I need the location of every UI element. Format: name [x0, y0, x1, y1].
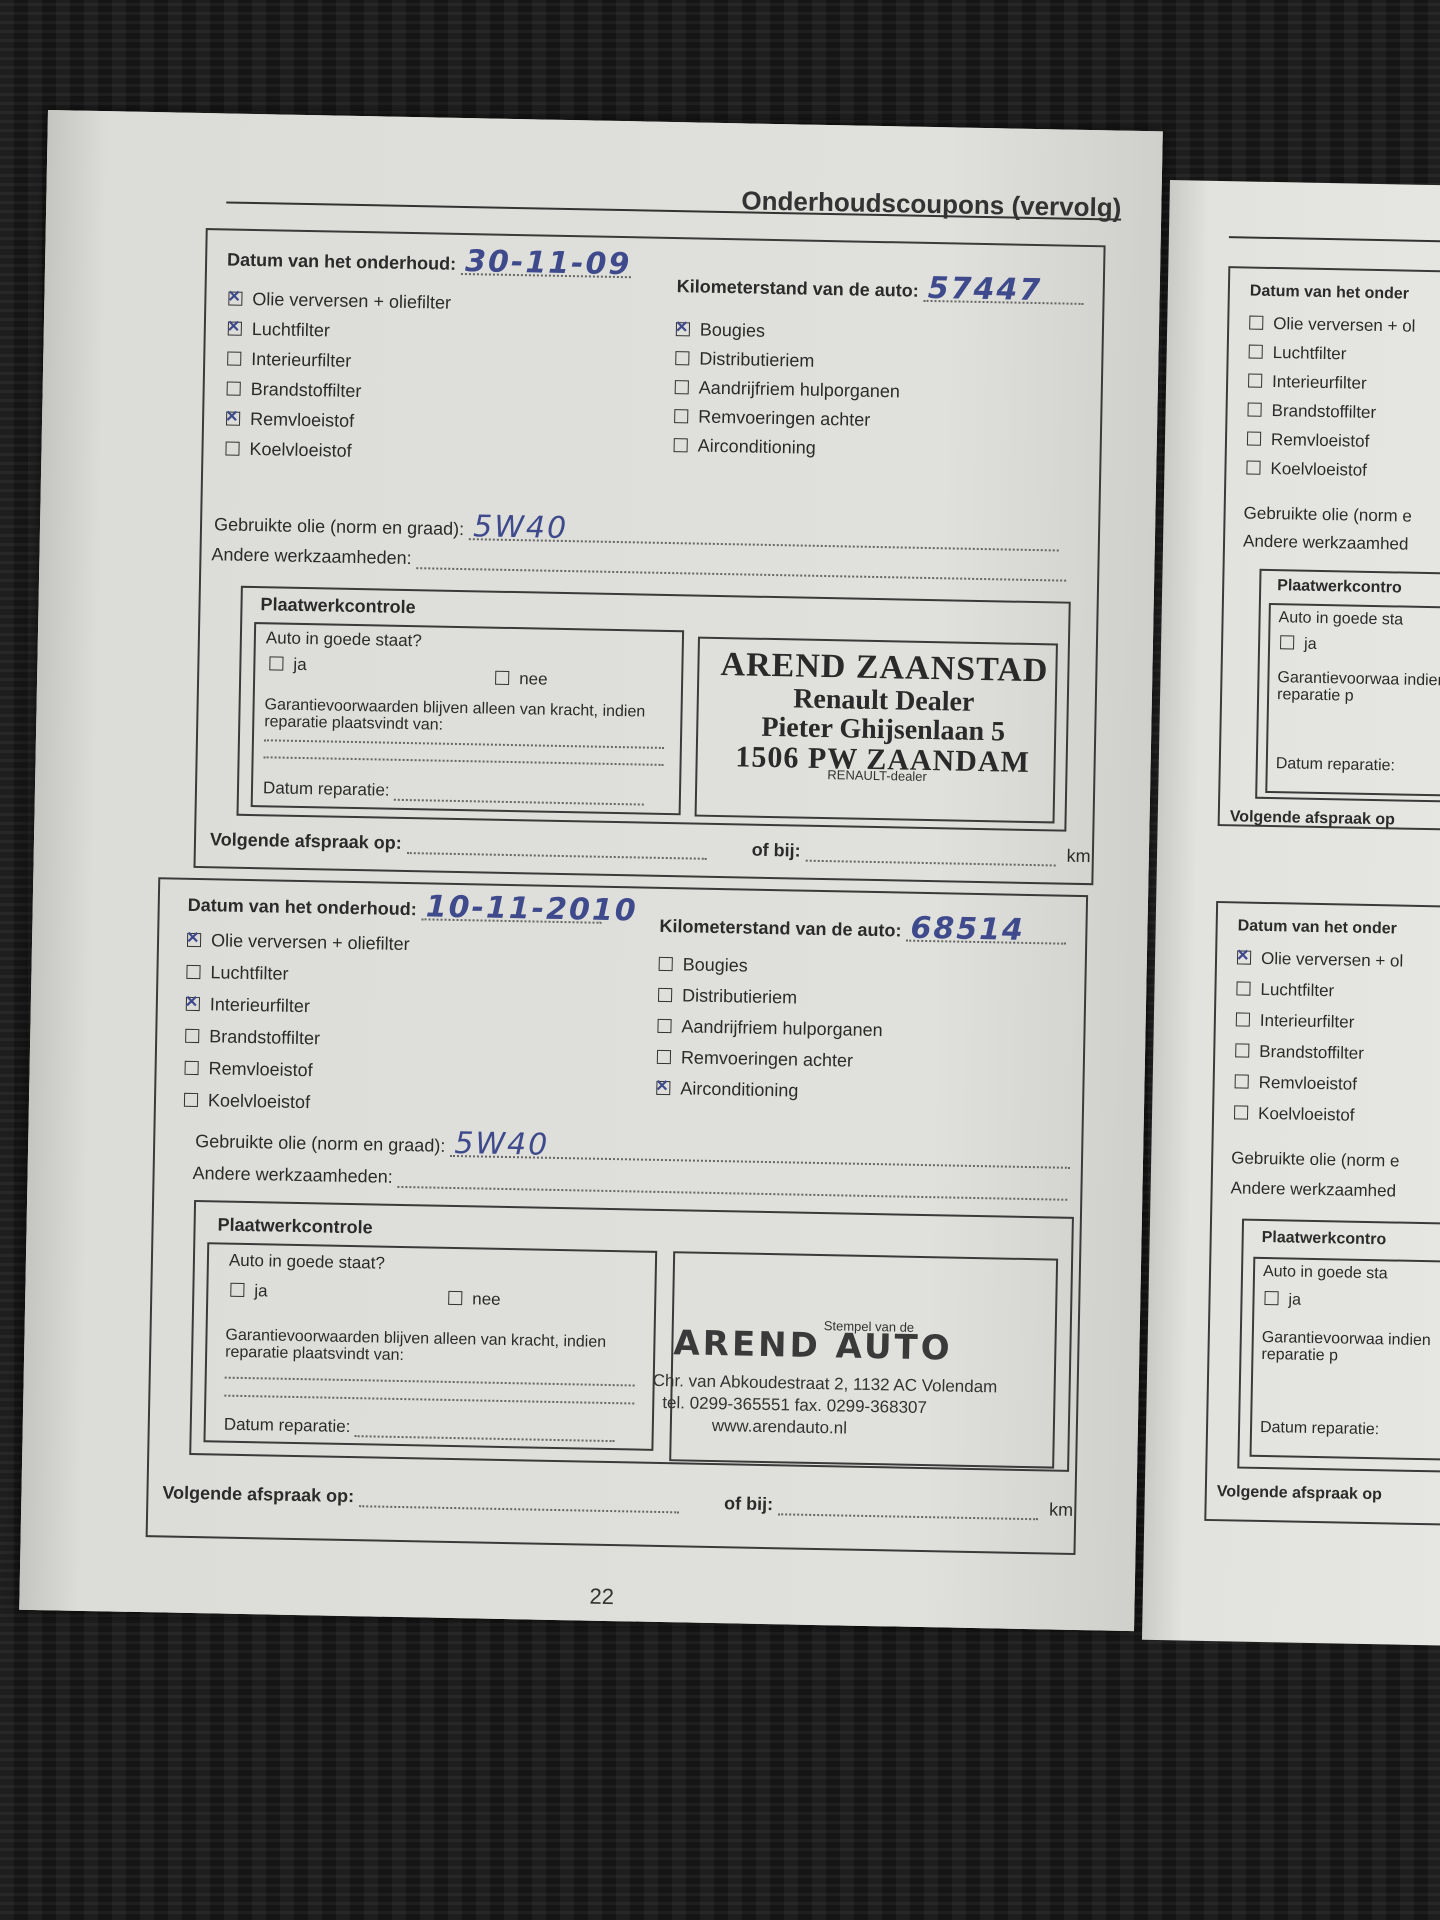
- no-option[interactable]: nee: [495, 669, 548, 690]
- or-at-label: of bij:: [751, 840, 800, 861]
- checklist-item-label: Olie verversen + oliefilter: [252, 289, 451, 313]
- checklist-item[interactable]: Bougies: [676, 319, 765, 342]
- checkbox-checked[interactable]: [656, 1081, 670, 1095]
- checklist-item-label: Interieurfilter: [1272, 372, 1367, 393]
- checklist-right: BougiesDistributieriemAandrijfriem hulpo…: [208, 230, 1104, 247]
- or-at-field[interactable]: [778, 1493, 1038, 1520]
- date-label: Datum van het onderhoud:: [188, 895, 417, 919]
- bodywork-title: Plaatwerkcontrole: [217, 1214, 372, 1238]
- checklist-item-label: Remvloeistof: [1259, 1073, 1358, 1094]
- checkbox-checked[interactable]: [1237, 950, 1251, 964]
- bodywork-check-box: Auto in goede staat? ja nee Garantievoor…: [251, 622, 684, 815]
- page-title: Onderhoudscoupons (vervolg): [741, 185, 1121, 223]
- no-label: nee: [519, 669, 548, 689]
- title-rule: [1229, 236, 1440, 244]
- page-number: 22: [589, 1584, 614, 1610]
- mileage-label: Kilometerstand van de auto:: [659, 916, 901, 941]
- checklist-item[interactable]: Remvloeistof: [226, 408, 354, 431]
- bodywork-panel: Plaatwerkcontrole Auto in goede staat? j…: [236, 586, 1070, 832]
- checklist-item-label: Distributieriem: [682, 985, 797, 1007]
- checklist-item-label: Interieurfilter: [210, 994, 310, 1016]
- date-field[interactable]: 30-11-09: [461, 253, 631, 278]
- checklist-item-label: Aandrijfriem hulporganen: [681, 1016, 882, 1040]
- checkbox-checked[interactable]: [228, 291, 242, 305]
- next-appointment-label: Volgende afspraak op:: [162, 1482, 354, 1506]
- date-row: Datum van het onderhoud: 10-11-2010: [188, 894, 602, 924]
- checklist-item-label: Remvloeistof: [208, 1058, 312, 1080]
- mileage-value: 57447: [927, 271, 1042, 308]
- other-work-label: Andere werkzaamhed: [1243, 531, 1409, 554]
- booklet-page-right: Datum van het onder Olie verversen + olL…: [1142, 180, 1440, 1646]
- checkbox[interactable]: [659, 957, 673, 971]
- repair-date-row: Datum reparatie:: [224, 1413, 616, 1443]
- checklist-item-label: Olie verversen + ol: [1261, 949, 1404, 971]
- checkbox[interactable]: [675, 380, 689, 394]
- next-appointment-row: Volgende afspraak op: of bij: km: [162, 1481, 1073, 1520]
- bodywork-check-box: Auto in goede staat? ja nee Garantievoor…: [203, 1242, 657, 1451]
- no-checkbox[interactable]: [495, 671, 509, 685]
- repair-date-label: Datum reparatie:: [263, 778, 390, 799]
- checklist-item[interactable]: Distributieriem: [675, 348, 814, 372]
- mileage-value: 68514: [910, 911, 1025, 948]
- checklist-item[interactable]: Luchtfilter: [1236, 979, 1334, 1001]
- date-label: Datum van het onder: [1238, 917, 1397, 938]
- checklist-item[interactable]: Luchtfilter: [228, 318, 330, 341]
- checkbox[interactable]: [658, 988, 672, 1002]
- checklist-item-label: Luchtfilter: [1273, 343, 1347, 363]
- checklist-item-label: Remvoeringen achter: [698, 407, 870, 430]
- yes-option[interactable]: ja: [269, 654, 307, 675]
- or-at-label: of bij:: [724, 1493, 773, 1514]
- bodywork-title: Plaatwerkcontro: [1277, 577, 1402, 597]
- other-work-row: Andere werkzaamheden:: [192, 1162, 1067, 1201]
- checklist-item[interactable]: Koelvloeistof: [184, 1090, 310, 1113]
- booklet-page-left: Onderhoudscoupons (vervolg) Datum van he…: [19, 110, 1163, 1631]
- stamp-caption: Stempel van de: [824, 1318, 915, 1335]
- mileage-field[interactable]: 57447: [924, 280, 1084, 305]
- yes-label: ja: [254, 1281, 268, 1300]
- checklist-item-label: Luchtfilter: [252, 319, 330, 340]
- checklist-item[interactable]: Brandstoffilter: [1247, 401, 1376, 423]
- repair-date-field[interactable]: [394, 779, 644, 806]
- repair-date-field[interactable]: [355, 1415, 615, 1442]
- yes-label: ja: [1288, 1291, 1301, 1308]
- checkbox[interactable]: [657, 1050, 671, 1064]
- checklist-item-label: Remvloeistof: [250, 409, 354, 431]
- checklist-left: Olie verversen + olLuchtfilterInterieurf…: [1230, 268, 1440, 274]
- bodywork-check-box: Auto in goede sta ja Garantievoorwaa ind…: [1250, 1257, 1440, 1463]
- yes-label: ja: [293, 655, 307, 674]
- other-work-field[interactable]: [416, 547, 1066, 581]
- checkbox[interactable]: [1248, 374, 1262, 388]
- checklist-item[interactable]: Interieurfilter: [227, 348, 351, 371]
- repair-date-label: Datum reparatie:: [1260, 1419, 1379, 1439]
- checklist-item[interactable]: Remvloeistof: [1247, 430, 1370, 452]
- date-field[interactable]: 10-11-2010: [422, 898, 602, 923]
- maintenance-coupon-3: Datum van het onder Olie verversen + olL…: [1218, 266, 1440, 832]
- repair-date-row: Datum reparatie:: [263, 776, 645, 805]
- good-condition-label: Auto in goede staat?: [229, 1251, 385, 1274]
- next-appointment-label: Volgende afspraak op:: [210, 829, 402, 853]
- checklist-item-label: Bougies: [683, 954, 748, 975]
- checklist-item[interactable]: Brandstoffilter: [185, 1026, 320, 1050]
- checklist-item-label: Koelvloeistof: [1258, 1104, 1355, 1125]
- checklist-item[interactable]: Koelvloeistof: [225, 438, 351, 461]
- other-work-label: Andere werkzaamheden:: [211, 544, 411, 568]
- dealer-stamp: AREND ZAANSTAD Renault Dealer Pieter Ghi…: [697, 647, 1069, 780]
- checklist-item[interactable]: Luchtfilter: [186, 962, 288, 985]
- checklist-item-label: Olie verversen + oliefilter: [211, 930, 410, 954]
- checklist-item[interactable]: Interieurfilter: [1236, 1010, 1355, 1032]
- checkbox-checked[interactable]: [187, 933, 201, 947]
- checkbox-checked[interactable]: [186, 997, 200, 1011]
- stamp-website: www.arendauto.nl: [712, 1416, 847, 1439]
- checklist-item-label: Interieurfilter: [251, 349, 351, 371]
- checklist-item-label: Luchtfilter: [1260, 980, 1334, 1000]
- checklist-item[interactable]: Interieurfilter: [1248, 372, 1367, 394]
- checkbox[interactable]: [227, 351, 241, 365]
- checkbox[interactable]: [1246, 461, 1260, 475]
- checkbox[interactable]: [184, 1093, 198, 1107]
- checkbox[interactable]: [186, 965, 200, 979]
- checklist-item[interactable]: Olie verversen + oliefilter: [228, 289, 451, 314]
- checkbox[interactable]: [1249, 316, 1263, 330]
- checkbox[interactable]: [185, 1061, 199, 1075]
- yes-checkbox[interactable]: [269, 656, 283, 670]
- checkbox[interactable]: [1235, 1043, 1249, 1057]
- checklist-item-label: Olie verversen + ol: [1273, 314, 1416, 336]
- checklist-item[interactable]: Brandstoffilter: [226, 378, 361, 402]
- checkbox-checked[interactable]: [226, 411, 240, 425]
- checklist-item-label: Koelvloeistof: [208, 1090, 310, 1112]
- checklist-item[interactable]: Olie verversen + ol: [1249, 314, 1416, 337]
- checklist-item[interactable]: Bougies: [659, 954, 748, 977]
- oil-row: Gebruikte olie (norm en graad): 5W40: [195, 1130, 1070, 1169]
- oil-value: 5W40: [473, 509, 569, 546]
- checklist-item-label: Brandstoffilter: [209, 1026, 320, 1048]
- yes-label: ja: [1304, 636, 1317, 653]
- checklist-item-label: Distributieriem: [699, 349, 814, 371]
- good-condition-label: Auto in goede sta: [1263, 1263, 1388, 1283]
- dealer-stamp-box: AREND ZAANSTAD Renault Dealer Pieter Ghi…: [695, 637, 1058, 824]
- checklist-left: Olie verversen + olLuchtfilterInterieurf…: [1218, 903, 1440, 909]
- maintenance-coupon-1: Datum van het onderhoud: 30-11-09 Kilome…: [193, 228, 1105, 885]
- checklist-item[interactable]: Koelvloeistof: [1234, 1103, 1355, 1125]
- mileage-row: Kilometerstand van de auto: 57447: [677, 275, 1084, 305]
- next-appointment-row: Volgende afspraak op: of bij: km: [210, 828, 1091, 867]
- stamp-line-1: AREND ZAANSTAD: [699, 647, 1070, 690]
- checklist-item-label: Luchtfilter: [210, 962, 288, 983]
- checklist-item[interactable]: Remvoeringen achter: [674, 406, 870, 431]
- checkbox[interactable]: [1249, 345, 1263, 359]
- stamp-caption: RENAULT-dealer: [827, 767, 927, 784]
- oil-field[interactable]: 5W40: [469, 518, 1059, 551]
- checkbox[interactable]: [1235, 1074, 1249, 1088]
- checklist-item[interactable]: Remvoeringen achter: [657, 1047, 853, 1072]
- no-checkbox[interactable]: [448, 1291, 462, 1305]
- stamp-phone: tel. 0299-365551 fax. 0299-368307: [662, 1393, 927, 1418]
- checklist-item[interactable]: Interieurfilter: [186, 994, 310, 1017]
- checklist-item[interactable]: Aandrijfriem hulporganen: [675, 377, 900, 402]
- oil-field[interactable]: 5W40: [450, 1135, 1070, 1169]
- oil-label: Gebruikte olie (norm e: [1243, 503, 1412, 526]
- date-label: Datum van het onder: [1250, 283, 1409, 304]
- checklist-item[interactable]: Distributieriem: [658, 985, 797, 1009]
- checklist-item-label: Remvoeringen achter: [681, 1047, 853, 1070]
- dealer-stamp-box: AREND AUTO Stempel van de Chr. van Abkou…: [669, 1251, 1058, 1468]
- checklist-item[interactable]: Luchtfilter: [1249, 343, 1347, 365]
- maintenance-coupon-4: Datum van het onder Olie verversen + olL…: [1204, 901, 1440, 1527]
- next-appointment-label: Volgende afspraak op: [1217, 1483, 1382, 1504]
- oil-label: Gebruikte olie (norm e: [1231, 1148, 1400, 1171]
- maintenance-coupon-2: Datum van het onderhoud: 10-11-2010 Kilo…: [146, 877, 1088, 1555]
- checkbox[interactable]: [1247, 432, 1261, 446]
- next-appointment-label: Volgende afspraak op: [1230, 808, 1395, 829]
- repair-date-label: Datum reparatie:: [224, 1415, 351, 1436]
- date-row: Datum van het onderhoud: 30-11-09: [227, 248, 631, 278]
- checklist-left: Olie verversen + oliefilterLuchtfilterIn…: [208, 230, 1104, 247]
- checklist-item[interactable]: Airconditioning: [673, 435, 815, 459]
- checkbox[interactable]: [225, 441, 239, 455]
- checklist-item[interactable]: Aandrijfriem hulporganen: [657, 1016, 882, 1041]
- date-label: Datum van het onderhoud:: [227, 249, 456, 273]
- other-work-label: Andere werkzaamheden:: [192, 1163, 392, 1187]
- checkbox[interactable]: [185, 1029, 199, 1043]
- checklist-item-label: Brandstoffilter: [1259, 1042, 1364, 1063]
- oil-label: Gebruikte olie (norm en graad):: [214, 514, 464, 539]
- mileage-row: Kilometerstand van de auto: 68514: [659, 915, 1066, 945]
- checkbox[interactable]: [674, 409, 688, 423]
- yes-checkbox[interactable]: [230, 1283, 244, 1297]
- checklist-item-label: Interieurfilter: [1260, 1011, 1355, 1032]
- checklist-item[interactable]: Olie verversen + oliefilter: [187, 930, 410, 955]
- no-label: nee: [472, 1289, 501, 1309]
- warranty-text: Garantievoorwaa indien reparatie p: [1277, 669, 1440, 706]
- bodywork-title: Plaatwerkcontrole: [260, 594, 415, 618]
- checkbox[interactable]: [674, 438, 688, 452]
- warranty-text: Garantievoorwaa indien reparatie p: [1261, 1329, 1440, 1366]
- date-value: 30-11-09: [465, 244, 632, 282]
- good-condition-label: Auto in goede staat?: [266, 628, 422, 651]
- checklist-item-label: Remvloeistof: [1271, 430, 1370, 451]
- date-value: 10-11-2010: [425, 889, 638, 928]
- yes-checkbox[interactable]: [1264, 1291, 1278, 1305]
- checklist-item-label: Koelvloeistof: [1270, 459, 1367, 480]
- checkbox[interactable]: [1247, 403, 1261, 417]
- mileage-field[interactable]: 68514: [906, 920, 1066, 945]
- checklist-item[interactable]: Olie verversen + ol: [1237, 948, 1404, 971]
- other-work-label: Andere werkzaamhed: [1230, 1178, 1396, 1201]
- checklist-item-label: Koelvloeistof: [249, 439, 351, 461]
- bodywork-check-box: Auto in goede sta ja Garantievoorwaa ind…: [1265, 603, 1440, 799]
- oil-label: Gebruikte olie (norm en graad):: [195, 1131, 445, 1156]
- checkbox[interactable]: [1236, 1012, 1250, 1026]
- checklist-item[interactable]: Remvloeistof: [184, 1058, 312, 1081]
- checkbox-checked[interactable]: [676, 322, 690, 336]
- checkbox[interactable]: [1234, 1105, 1248, 1119]
- km-unit: km: [1049, 1499, 1073, 1519]
- yes-option[interactable]: ja: [230, 1281, 268, 1302]
- checklist-item-label: Brandstoffilter: [1271, 401, 1376, 422]
- yes-option[interactable]: ja: [1264, 1291, 1301, 1310]
- checklist-item[interactable]: Brandstoffilter: [1235, 1041, 1364, 1063]
- checklist-item[interactable]: Airconditioning: [656, 1078, 798, 1102]
- checkbox[interactable]: [227, 381, 241, 395]
- yes-option[interactable]: ja: [1280, 635, 1317, 654]
- checklist-item[interactable]: Koelvloeistof: [1246, 459, 1367, 481]
- yes-checkbox[interactable]: [1280, 635, 1294, 649]
- no-option[interactable]: nee: [448, 1289, 501, 1310]
- bodywork-title: Plaatwerkcontro: [1262, 1229, 1387, 1249]
- bodywork-panel: Plaatwerkcontro Auto in goede sta ja Gar…: [1237, 1219, 1440, 1475]
- km-unit: km: [1066, 846, 1090, 866]
- other-work-field[interactable]: [398, 1166, 1068, 1201]
- checklist-item-label: Airconditioning: [680, 1078, 798, 1100]
- repair-date-label: Datum reparatie:: [1276, 755, 1395, 775]
- checklist-item-label: Airconditioning: [697, 436, 815, 458]
- bodywork-panel: Plaatwerkcontro Auto in goede sta ja Gar…: [1255, 569, 1440, 805]
- checklist-item-label: Bougies: [700, 320, 765, 341]
- next-appointment-field[interactable]: [359, 1485, 679, 1513]
- next-appointment-field[interactable]: [407, 832, 707, 860]
- checklist-item[interactable]: Remvloeistof: [1234, 1072, 1357, 1094]
- checkbox[interactable]: [1236, 981, 1250, 995]
- checkbox-checked[interactable]: [228, 321, 242, 335]
- mileage-label: Kilometerstand van de auto:: [677, 276, 919, 301]
- good-condition-label: Auto in goede sta: [1278, 609, 1403, 629]
- checklist-item-label: Aandrijfriem hulporganen: [699, 378, 900, 402]
- checkbox[interactable]: [675, 351, 689, 365]
- oil-value: 5W40: [454, 1126, 550, 1163]
- checklist-item-label: Brandstoffilter: [250, 379, 361, 401]
- checkbox[interactable]: [657, 1019, 671, 1033]
- or-at-field[interactable]: [805, 840, 1055, 867]
- bodywork-panel: Plaatwerkcontrole Auto in goede staat? j…: [189, 1200, 1074, 1472]
